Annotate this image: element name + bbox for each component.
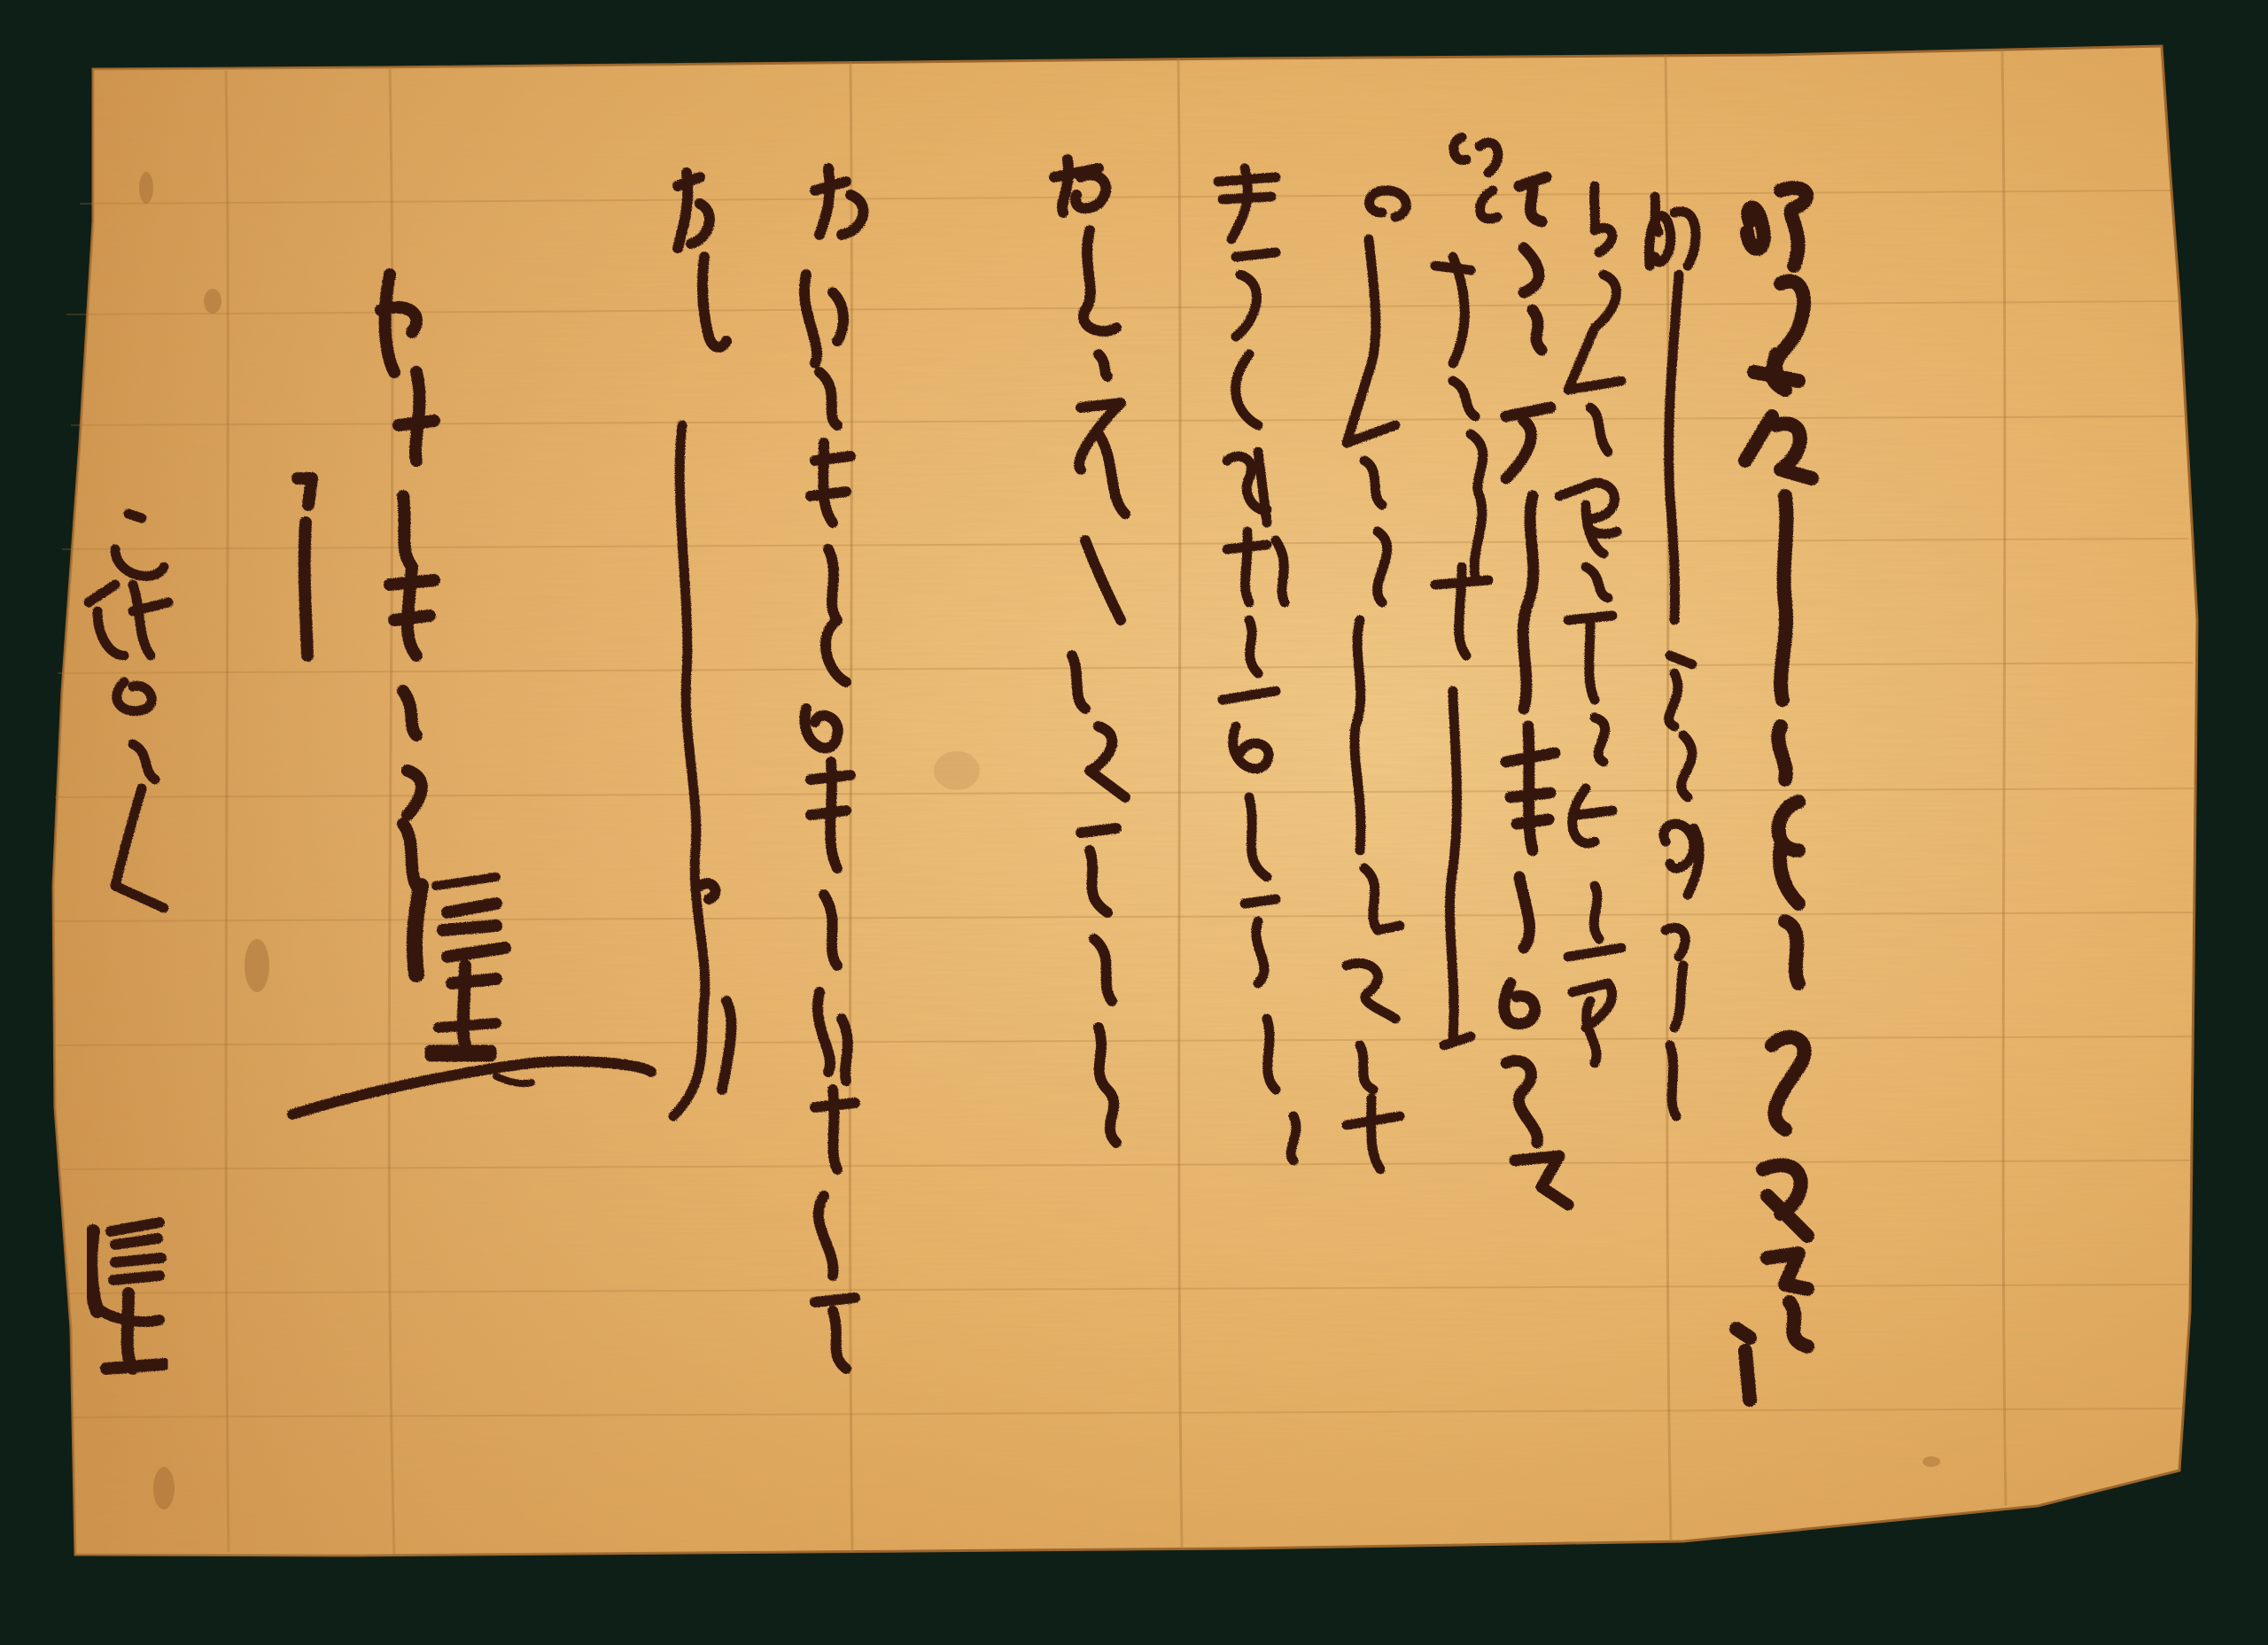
document-photo xyxy=(0,0,2268,1645)
